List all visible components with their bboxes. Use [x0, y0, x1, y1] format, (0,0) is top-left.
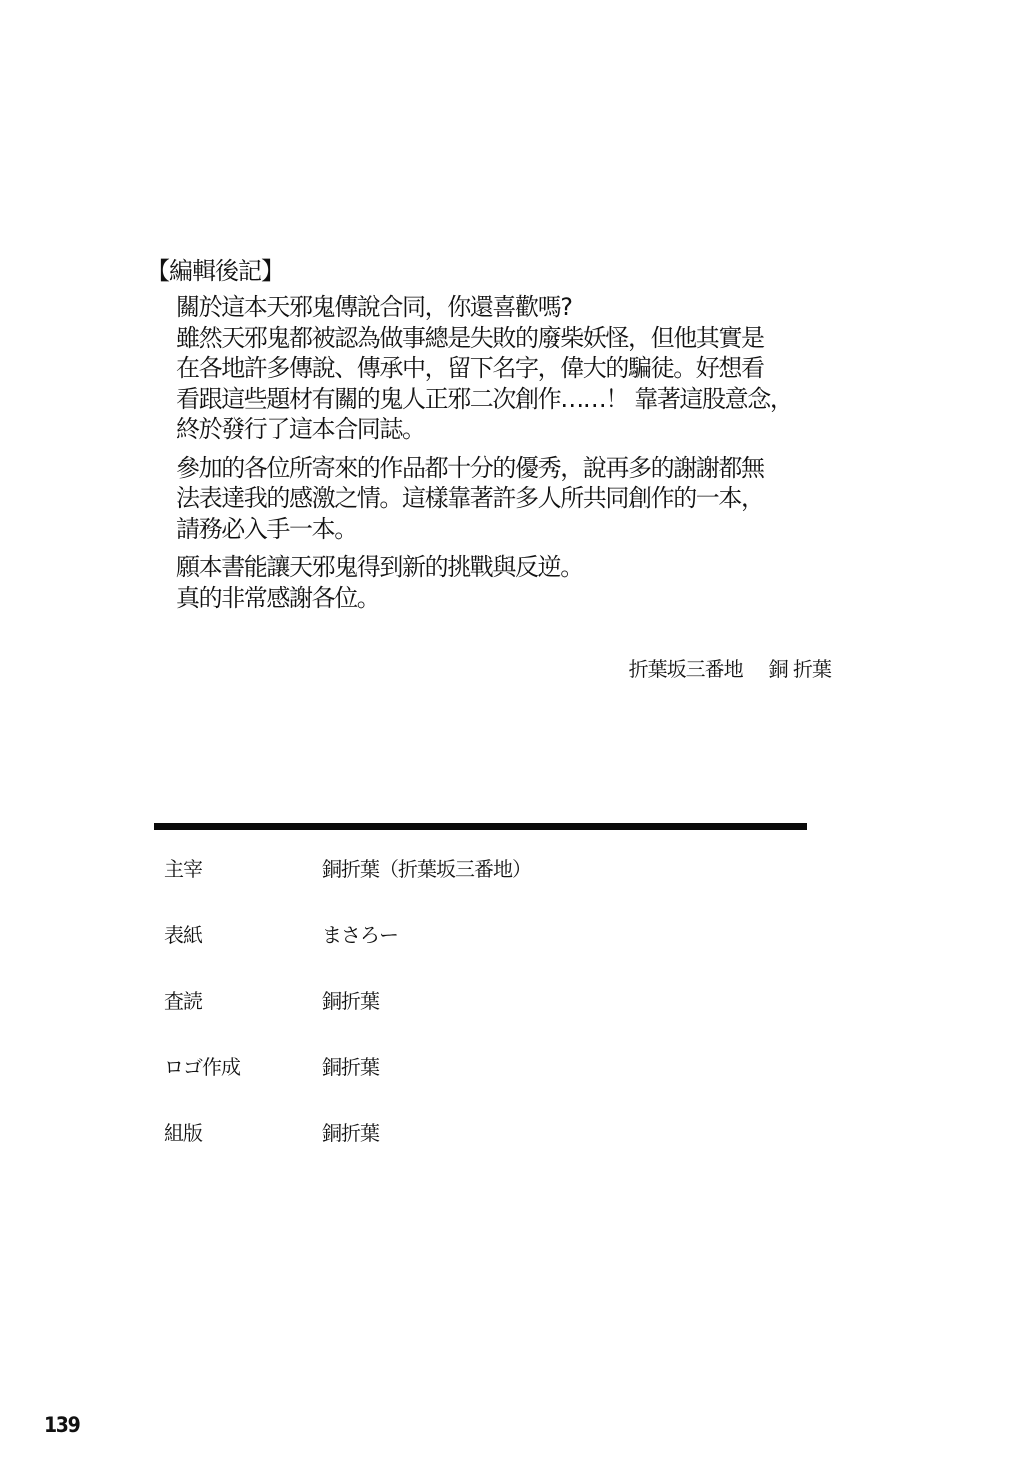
afterword-paragraph: 關於這本天邪鬼傳說合同，你還喜歡嗎? 雖然天邪鬼都被認為做事總是失敗的廢柴妖怪，…	[176, 292, 836, 445]
credit-name: まさろー	[322, 918, 398, 952]
credit-name: 銅折葉（折葉坂三番地）	[322, 852, 531, 886]
afterword-paragraph: 願本書能讓天邪鬼得到新的挑戰與反逆。 真的非常感謝各位。	[176, 552, 836, 613]
text-line: 在各地許多傳說、傳承中，留下名字，偉大的騙徒。好想看	[176, 353, 836, 384]
afterword-body: 關於這本天邪鬼傳說合同，你還喜歡嗎? 雖然天邪鬼都被認為做事總是失敗的廢柴妖怪，…	[176, 292, 836, 621]
text-line: 真的非常感謝各位。	[176, 583, 836, 614]
text-line: 雖然天邪鬼都被認為做事總是失敗的廢柴妖怪，但他其實是	[176, 323, 836, 354]
text-line: 參加的各位所寄來的作品都十分的優秀，說再多的謝謝都無	[176, 453, 836, 484]
text-line: 看跟這些題材有關的鬼人正邪二次創作……！ 靠著這股意念，	[176, 384, 836, 415]
page-number: 139	[44, 1413, 79, 1437]
credit-name: 銅折葉	[322, 984, 379, 1018]
credit-role: 組版	[164, 1116, 202, 1150]
text-line: 願本書能讓天邪鬼得到新的挑戰與反逆。	[176, 552, 836, 583]
text-line: 請務必入手一本。	[176, 514, 836, 545]
credit-role: 査読	[164, 984, 202, 1018]
credit-role: 表紙	[164, 918, 202, 952]
text-line: 關於這本天邪鬼傳說合同，你還喜歡嗎?	[176, 292, 836, 323]
credit-role: 主宰	[164, 852, 202, 886]
credit-name: 銅折葉	[322, 1116, 379, 1150]
credit-role: ロゴ作成	[164, 1050, 240, 1084]
text-line: 法表達我的感激之情。這樣靠著許多人所共同創作的一本，	[176, 483, 836, 514]
text-line: 終於發行了這本合同誌。	[176, 414, 836, 445]
signature: 折葉坂三番地銅 折葉	[629, 654, 831, 684]
afterword-paragraph: 參加的各位所寄來的作品都十分的優秀，說再多的謝謝都無 法表達我的感激之情。這樣靠…	[176, 453, 836, 545]
afterword-heading: 【編輯後記】	[146, 254, 284, 288]
signature-circle: 折葉坂三番地	[629, 657, 743, 681]
credit-name: 銅折葉	[322, 1050, 379, 1084]
signature-author: 銅 折葉	[769, 657, 831, 681]
section-divider	[154, 823, 807, 830]
